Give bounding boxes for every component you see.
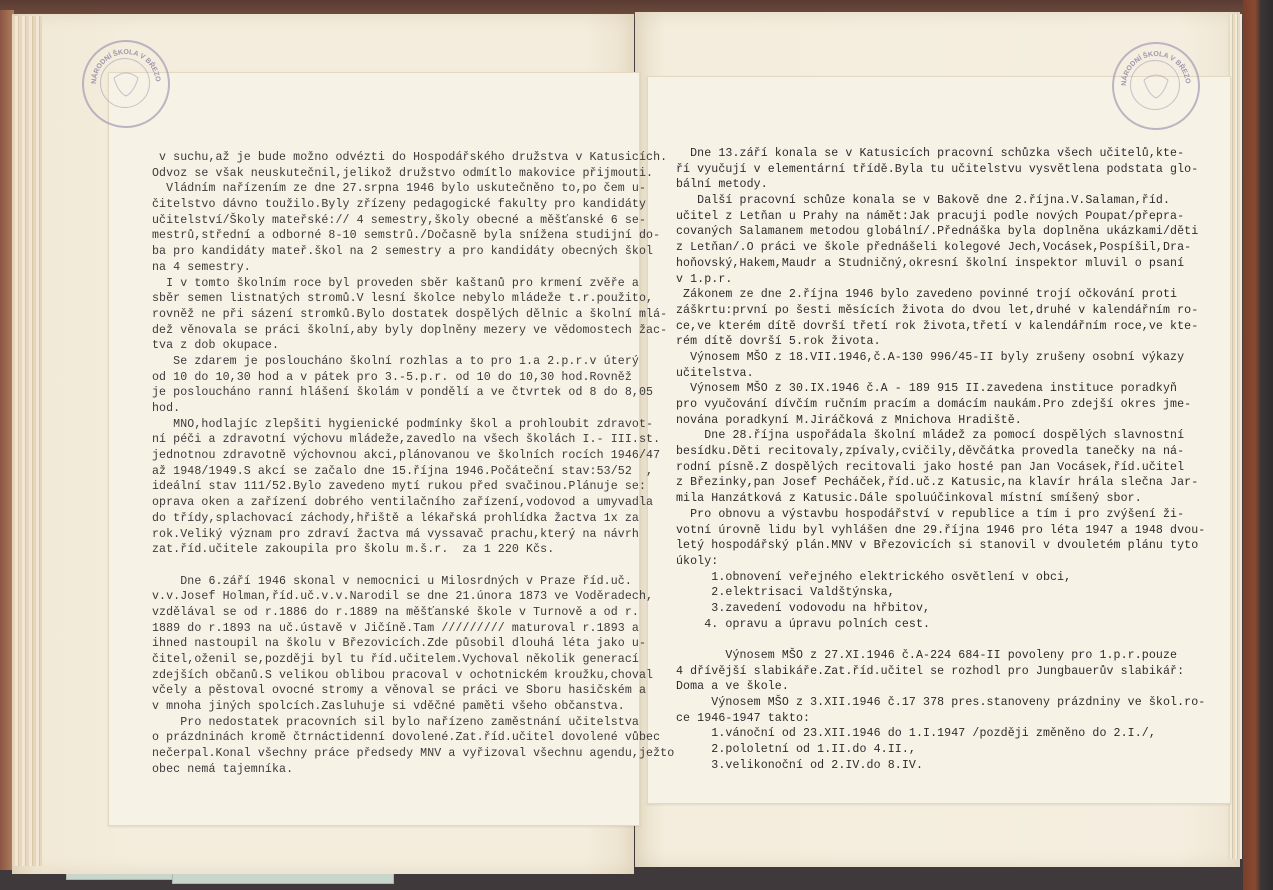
- text-line: Doma a ve škole.: [676, 679, 1205, 695]
- text-line: včely a pěstoval ovocné stromy a věnoval…: [152, 683, 674, 699]
- text-line: ce,ve kterém dítě dovrší třetí rok život…: [676, 319, 1205, 335]
- book-cover-right-edge: [1243, 0, 1273, 890]
- text-line: až 1948/1949.S akcí se začalo dne 15.říj…: [152, 464, 674, 480]
- text-line: 4 dřívější slabikáře.Zat.říd.učitel se r…: [676, 664, 1205, 680]
- text-line: 2.pololetní od 1.II.do 4.II.,: [676, 742, 1205, 758]
- text-line: 2.elektrisaci Valdštýnska,: [676, 585, 1205, 601]
- text-line: bální metody.: [676, 177, 1205, 193]
- left-page-stack: [12, 16, 42, 866]
- text-line: v 1.p.r.: [676, 272, 1205, 288]
- text-line: MNO,hodlajíc zlepšiti hygienické podmínk…: [152, 417, 674, 433]
- text-line: v.v.Josef Holman,říd.uč.v.v.Narodil se d…: [152, 589, 674, 605]
- text-line: tva z dob okupace.: [152, 338, 674, 354]
- text-line: sběr semen listnatých stromů.V lesní ško…: [152, 291, 674, 307]
- svg-text:NÁRODNÍ ŠKOLA V BŘEZOVICÍCH: NÁRODNÍ ŠKOLA V BŘEZOVICÍCH: [84, 42, 161, 84]
- text-line: je posloucháno ranní hlášení školám v po…: [152, 385, 674, 401]
- text-line: Výnosem MŠO z 27.XI.1946 č.A-224 684-II …: [676, 648, 1205, 664]
- text-line: Dne 6.září 1946 skonal v nemocnici u Mil…: [152, 574, 674, 590]
- text-line: ba pro kandidáty mateř.škol na 2 semestr…: [152, 244, 674, 260]
- svg-text:NÁRODNÍ ŠKOLA V BŘEZOVICÍCH: NÁRODNÍ ŠKOLA V BŘEZOVICÍCH: [1114, 44, 1191, 86]
- text-line: rok.Veliký význam pro zdraví žactva má v…: [152, 527, 674, 543]
- text-line: obec nemá tajemníka.: [152, 762, 674, 778]
- text-line: ideální stav 111/52.Bylo zavedeno mytí r…: [152, 479, 674, 495]
- text-line: Zákonem ze dne 2.října 1946 bylo zaveden…: [676, 287, 1205, 303]
- text-line: úkoly:: [676, 554, 1205, 570]
- right-page-text: Dne 13.září konala se v Katusicích praco…: [676, 146, 1205, 774]
- text-line: 3.velikonoční od 2.IV.do 8.IV.: [676, 758, 1205, 774]
- text-line: od 10 do 10,30 hod a v pátek pro 3.-5.p.…: [152, 370, 674, 386]
- text-line: Další pracovní schůze konala se v Bakově…: [676, 193, 1205, 209]
- text-line: Odvoz se však neuskutečnil,jelikož družs…: [152, 166, 674, 182]
- left-page-text: v suchu,až je bude možno odvézti do Hosp…: [152, 150, 674, 778]
- text-line: Vládním nařízením ze dne 27.srpna 1946 b…: [152, 181, 674, 197]
- text-line: mestrů,střední a odborné 8-10 semstrů./D…: [152, 228, 674, 244]
- text-line: [676, 632, 1205, 648]
- text-line: Se zdarem je posloucháno školní rozhlas …: [152, 354, 674, 370]
- text-line: záškrtu:první po šesti měsících života d…: [676, 303, 1205, 319]
- text-line: čitel,oženil se,později byl tu říd.učite…: [152, 652, 674, 668]
- text-line: rodní písně.Z dospělých recitovali jako …: [676, 460, 1205, 476]
- text-line: ihned nastoupil na školu v Březovicích.Z…: [152, 636, 674, 652]
- text-line: v mnoha jiných spolcích.Zasluhuje si vdě…: [152, 699, 674, 715]
- text-line: Dne 13.září konala se v Katusicích praco…: [676, 146, 1205, 162]
- school-stamp-icon: NÁRODNÍ ŠKOLA V BŘEZOVICÍCH: [1112, 42, 1200, 130]
- text-line: zat.říd.učitele zakoupila pro školu m.š.…: [152, 542, 674, 558]
- text-line: o prázdninách kromě čtrnáctidenní dovole…: [152, 730, 674, 746]
- text-line: do třídy,splachovací záchody,hřiště a lé…: [152, 511, 674, 527]
- text-line: Pro nedostatek pracovních sil bylo naříz…: [152, 715, 674, 731]
- text-line: 1889 do r.1893 na uč.ústavě v Jičíně.Tam…: [152, 621, 674, 637]
- text-line: 1.obnovení veřejného elektrického osvětl…: [676, 570, 1205, 586]
- text-line: rovněž ne při sázení stromků.Bylo dostat…: [152, 307, 674, 323]
- text-line: Pro obnovu a výstavbu hospodářství v rep…: [676, 507, 1205, 523]
- text-line: ří vyučují v elementární třídě.Byla tu u…: [676, 162, 1205, 178]
- text-line: votní úrovně lidu byl vyhlášen dne 29.ří…: [676, 523, 1205, 539]
- text-line: ní péči a zdravotní výchovu mládeže,zave…: [152, 432, 674, 448]
- text-line: besídku.Děti recitovaly,zpívaly,cvičily,…: [676, 444, 1205, 460]
- text-line: rém dítě dovrší 5.rok života.: [676, 334, 1205, 350]
- text-line: 1.vánoční od 23.XII.1946 do 1.I.1947 /po…: [676, 726, 1205, 742]
- text-line: Výnosem MŠO z 30.IX.1946 č.A - 189 915 I…: [676, 381, 1205, 397]
- text-line: učitelství/Školy mateřské:// 4 semestry,…: [152, 213, 674, 229]
- text-line: mila Hanzátková z Katusic.Dále spoluúčin…: [676, 491, 1205, 507]
- text-line: jednotnou zdravotně výchovnou akci,pláno…: [152, 448, 674, 464]
- text-line: nečerpal.Konal všechny práce předsedy MN…: [152, 746, 674, 762]
- text-line: Výnosem MŠO z 18.VII.1946,č.A-130 996/45…: [676, 350, 1205, 366]
- text-line: I v tomto školním roce byl proveden sběr…: [152, 276, 674, 292]
- text-line: čitelstvo dávno toužilo.Byly zřízeny ped…: [152, 197, 674, 213]
- text-line: z Březinky,pan Josef Pecháček,říd.uč.z K…: [676, 475, 1205, 491]
- text-line: 4. opravu a úpravu polních cest.: [676, 617, 1205, 633]
- text-line: v suchu,až je bude možno odvézti do Hosp…: [152, 150, 674, 166]
- text-line: ce 1946-1947 takto:: [676, 711, 1205, 727]
- text-line: zdejších občanů.S velikou oblibou pracov…: [152, 668, 674, 684]
- text-line: letý hospodářský plán.MNV v Březovicích …: [676, 538, 1205, 554]
- text-line: učitelstva.: [676, 366, 1205, 382]
- text-line: učitel z Letňan u Prahy na námět:Jak pra…: [676, 209, 1205, 225]
- text-line: Dne 28.října uspořádala školní mládež za…: [676, 428, 1205, 444]
- text-line: dež věnovala se práci školní,aby byly do…: [152, 323, 674, 339]
- text-line: pro vyučování dívčím ručním pracím a dom…: [676, 397, 1205, 413]
- text-line: Výnosem MŠO z 3.XII.1946 č.17 378 pres.s…: [676, 695, 1205, 711]
- text-line: z Letňan/.O práci ve škole přednášeli ko…: [676, 240, 1205, 256]
- text-line: 3.zavedení vodovodu na hřbitov,: [676, 601, 1205, 617]
- text-line: [152, 558, 674, 574]
- text-line: vzdělával se od r.1886 do r.1889 na měšť…: [152, 605, 674, 621]
- text-line: oprava oken a zařízení dobrého ventilačn…: [152, 495, 674, 511]
- text-line: hod.: [152, 401, 674, 417]
- text-line: nována poradkyní M.Jiráčková z Mnichova …: [676, 413, 1205, 429]
- text-line: covaných Salamanem metodou globální/.Pře…: [676, 224, 1205, 240]
- school-stamp-icon: NÁRODNÍ ŠKOLA V BŘEZOVICÍCH: [82, 40, 170, 128]
- text-line: hoňovský,Hakem,Maudr a Studničný,okresní…: [676, 256, 1205, 272]
- text-line: na 4 semestry.: [152, 260, 674, 276]
